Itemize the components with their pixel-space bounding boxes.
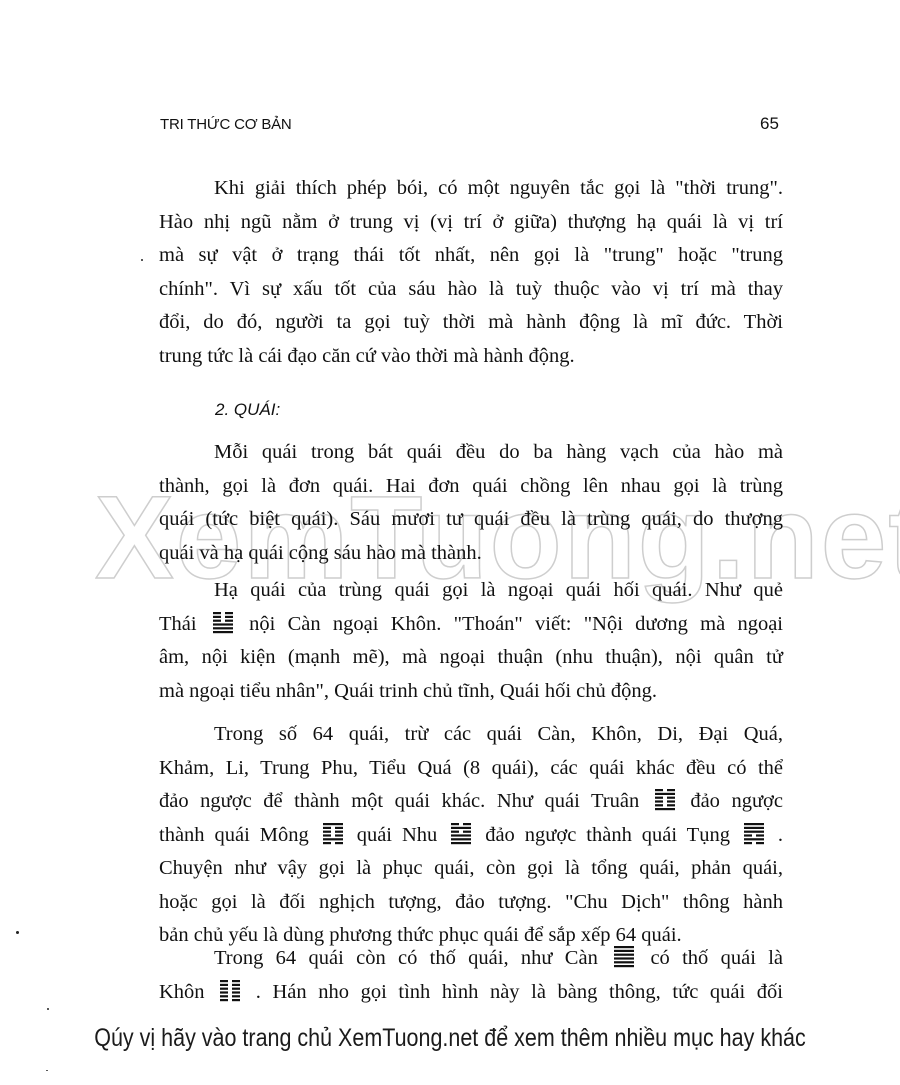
text-fragment: đảo ngược [690, 790, 783, 812]
text-line: Khảm, Li, Trung Phu, Tiểu Quá (8 quái), … [159, 752, 783, 786]
text-fragment: . Hán nho gọi tình hình này là bàng thôn… [256, 981, 783, 1003]
text-line: chính". Vì sự xấu tốt của sáu hào là tuỳ… [159, 273, 783, 307]
text-line: Khôn . Hán nho gọi tình hình này là bàng… [159, 976, 783, 1010]
paragraph-thoi-trung: Khi giải thích phép bói, có một nguyên t… [159, 172, 783, 373]
hexagram-nhu-icon [451, 823, 471, 845]
scan-speck [141, 259, 143, 261]
hexagram-mong-icon [323, 823, 343, 845]
paragraph-tho-quai: Trong 64 quái còn có thố quái, như Càn c… [159, 942, 783, 1009]
text-fragment: thành quái Mông [159, 824, 309, 846]
text-line: Mỗi quái trong bát quái đều do ba hàng v… [159, 436, 783, 470]
hexagram-khon-icon [220, 980, 240, 1002]
text-fragment: Thái [159, 613, 197, 635]
text-line: Chuyện như vậy gọi là phục quái, còn gọi… [159, 852, 783, 886]
text-line: Trong 64 quái còn có thố quái, như Càn c… [159, 942, 783, 976]
text-fragment: Khôn [159, 981, 205, 1003]
text-line: thành quái Mông quái Nhu [159, 819, 783, 853]
text-line: Trong số 64 quái, trừ các quái Càn, Khôn… [159, 718, 783, 752]
text-line: Hạ quái của trùng quái gọi là ngoại quái… [159, 574, 783, 608]
text-line: đảo ngược để thành một quái khác. Như qu… [159, 785, 783, 819]
text-line: mà sự vật ở trạng thái tốt nhất, nên gọi… [159, 239, 783, 273]
scan-speck [16, 931, 19, 934]
text-line: đổi, do đó, người ta gọi tuỳ thời mà hàn… [159, 306, 783, 340]
text-fragment: Trong 64 quái còn có thố quái, như Càn [214, 947, 598, 969]
text-line: Thái nội Càn ngoại Khôn. "Thoán" viết: "… [159, 608, 783, 642]
scanned-book-page: XemTuong.net TRI THỨC CƠ BẢN 65 Khi giải… [0, 0, 900, 1085]
paragraph-ha-quai: Hạ quái của trùng quái gọi là ngoại quái… [159, 574, 783, 708]
text-line: mà ngoại tiểu nhân", Quái trinh chủ tĩnh… [159, 675, 783, 709]
hexagram-tung-icon [744, 823, 764, 845]
text-fragment: đảo ngược thành quái Tụng [485, 824, 730, 846]
text-fragment: quái Nhu [357, 824, 438, 846]
text-fragment: đảo ngược để thành một quái khác. Như qu… [159, 790, 639, 812]
text-line: âm, nội kiện (mạnh mẽ), mà ngoại thuận (… [159, 641, 783, 675]
text-line: quái (tức biệt quái). Sáu mươi tư quái đ… [159, 503, 783, 537]
text-fragment: nội Càn ngoại Khôn. "Thoán" viết: "Nội d… [249, 613, 783, 635]
hexagram-can-icon [614, 946, 634, 968]
site-promo-footer: Qúy vị hãy vào trang chủ XemTuong.net để… [63, 1024, 837, 1053]
scan-speck [46, 1070, 48, 1071]
scan-speck [47, 1008, 49, 1010]
text-fragment: . [778, 824, 783, 846]
text-line: Khi giải thích phép bói, có một nguyên t… [159, 172, 783, 206]
section-heading: 2. QUÁI: [215, 400, 280, 420]
running-header-title: TRI THỨC CƠ BẢN [160, 116, 292, 133]
hexagram-truan-icon [655, 789, 675, 811]
text-fragment: có thố quái là [650, 947, 783, 969]
page-number: 65 [760, 114, 779, 134]
text-line: hoặc gọi là đối nghịch tượng, đảo tượng.… [159, 886, 783, 920]
text-line: Hào nhị ngũ nằm ở trung vị (vị trí ở giữ… [159, 206, 783, 240]
text-line: quái và hạ quái cộng sáu hào mà thành. [159, 537, 783, 571]
text-line: thành, gọi là đơn quái. Hai đơn quái chồ… [159, 470, 783, 504]
paragraph-phuc-quai: Trong số 64 quái, trừ các quái Càn, Khôn… [159, 718, 783, 953]
hexagram-thai-icon [213, 612, 233, 634]
text-line: trung tức là cái đạo căn cứ vào thời mà … [159, 340, 783, 374]
paragraph-don-quai: Mỗi quái trong bát quái đều do ba hàng v… [159, 436, 783, 570]
